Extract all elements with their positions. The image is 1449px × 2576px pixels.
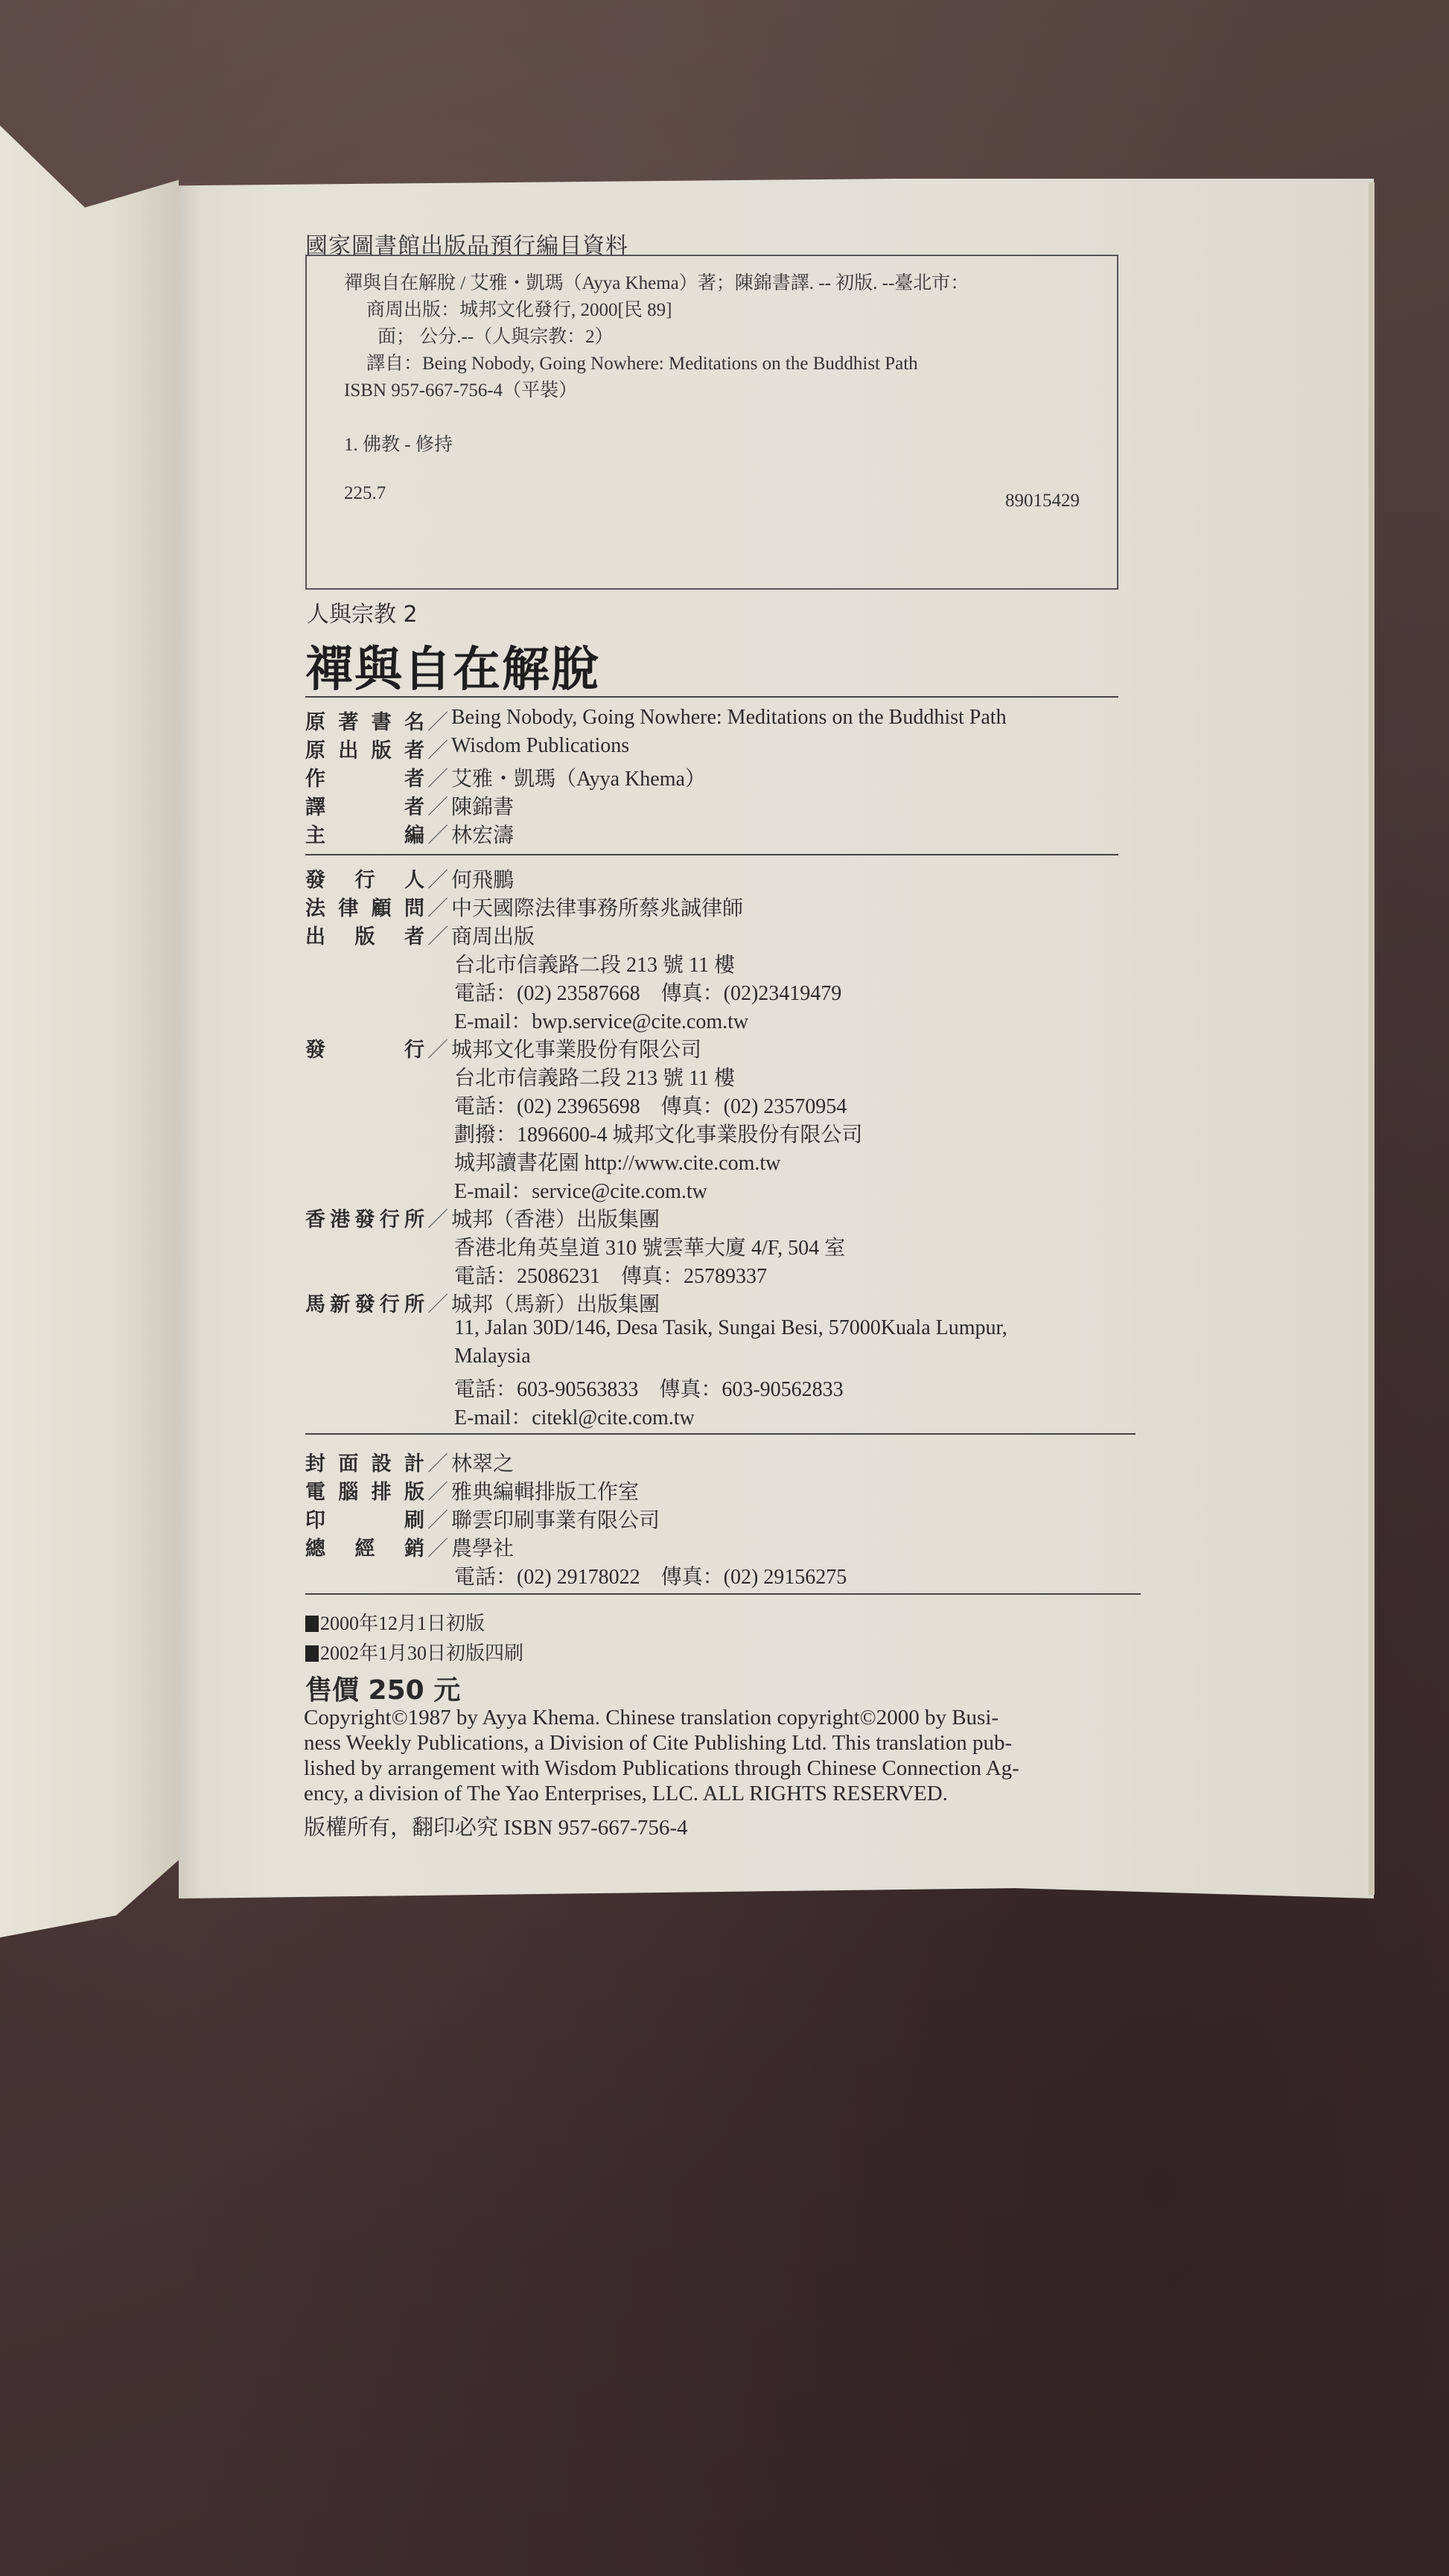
cip-line: 禪與自在解脫 / 艾雅・凱瑪（Ayya Khema）著；陳錦書譯. -- 初版.… bbox=[344, 268, 969, 295]
credit-translator: 譯者／陳錦書 bbox=[305, 791, 514, 820]
credit-value: 聯雲印刷事業有限公司 bbox=[451, 1504, 660, 1534]
credit-printing: 印刷／聯雲印刷事業有限公司 bbox=[305, 1504, 660, 1534]
hk-phone-fax: 電話：25086231 傳真：25789337 bbox=[454, 1260, 767, 1289]
credit-label: 發行人 bbox=[305, 864, 424, 893]
copyright-line: ness Weekly Publications, a Division of … bbox=[304, 1730, 1160, 1756]
separator: ／ bbox=[424, 791, 451, 820]
print-history-text: 2000年12月1日初版 bbox=[320, 1613, 485, 1634]
credit-label: 香港發行所 bbox=[305, 1203, 424, 1232]
credit-publisher: 出版者／商周出版 bbox=[305, 920, 535, 950]
credit-my-distributor: 馬新發行所／城邦（馬新）出版集團 bbox=[305, 1288, 660, 1318]
series-label: 人與宗教 2 bbox=[307, 596, 418, 628]
credit-legal-advisor: 法律顧問／中天國際法律事務所蔡兆誠律師 bbox=[305, 892, 743, 922]
credit-value: 商周出版 bbox=[451, 920, 535, 950]
distributor-phone-fax: 電話：(02) 23965698 傳真：(02) 23570954 bbox=[454, 1090, 847, 1120]
my-phone-fax: 電話：603-90563833 傳真：603-90562833 bbox=[454, 1373, 844, 1403]
credit-value: 艾雅・凱瑪（Ayya Khema） bbox=[451, 762, 706, 792]
black-square-icon bbox=[305, 1645, 319, 1662]
credit-label: 馬新發行所 bbox=[305, 1288, 424, 1317]
distributor-website[interactable]: 城邦讀書花園 http://www.cite.com.tw bbox=[454, 1147, 780, 1176]
separator: ／ bbox=[424, 1288, 451, 1318]
credit-label: 總經銷 bbox=[305, 1532, 424, 1561]
credit-value: 城邦文化事業股份有限公司 bbox=[451, 1033, 701, 1063]
my-address-line-1: 11, Jalan 30D/146, Desa Tasik, Sungai Be… bbox=[454, 1316, 1007, 1340]
general-distributor-phone-fax: 電話：(02) 29178022 傳真：(02) 29156275 bbox=[454, 1560, 847, 1590]
distributor-email[interactable]: E-mail：service@cite.com.tw bbox=[454, 1175, 707, 1205]
cip-catalog-number: 89015429 bbox=[1005, 491, 1080, 511]
credit-value: Wisdom Publications bbox=[451, 734, 629, 758]
my-email[interactable]: E-mail：citekl@cite.com.tw bbox=[454, 1401, 695, 1431]
copyright-line: lished by arrangement with Wisdom Public… bbox=[304, 1756, 1160, 1781]
distributor-transfer: 劃撥：1896600-4 城邦文化事業股份有限公司 bbox=[454, 1118, 862, 1148]
divider bbox=[305, 854, 1118, 855]
credit-original-title: 原著書名／Being Nobody, Going Nowhere: Medita… bbox=[305, 706, 1007, 736]
credit-value: 雅典編輯排版工作室 bbox=[451, 1476, 639, 1505]
cip-line: ISBN 957-667-756-4（平裝） bbox=[344, 375, 577, 402]
credit-label: 原著書名 bbox=[305, 706, 424, 735]
credit-label: 譯者 bbox=[305, 791, 424, 820]
page-edge bbox=[1369, 182, 1375, 1895]
cip-line: 譯自：Being Nobody, Going Nowhere: Meditati… bbox=[366, 348, 918, 375]
credit-value: 林翠之 bbox=[451, 1447, 514, 1477]
print-history-item: 2000年12月1日初版 bbox=[305, 1608, 485, 1636]
copyright-line: ency, a division of The Yao Enterprises,… bbox=[304, 1781, 1160, 1806]
credit-label: 封面設計 bbox=[305, 1447, 424, 1476]
credit-value: 農學社 bbox=[451, 1532, 514, 1562]
divider bbox=[305, 1593, 1141, 1595]
separator: ／ bbox=[424, 706, 451, 736]
credit-value: 何飛鵬 bbox=[451, 864, 514, 893]
credit-distributor: 發行／城邦文化事業股份有限公司 bbox=[305, 1033, 701, 1063]
cip-class-number: 225.7 bbox=[344, 483, 386, 504]
credit-author: 作者／艾雅・凱瑪（Ayya Khema） bbox=[305, 762, 706, 792]
separator: ／ bbox=[424, 1504, 451, 1534]
credit-value: 城邦（馬新）出版集團 bbox=[451, 1288, 660, 1318]
cip-line: 商周出版：城邦文化發行, 2000[民 89] bbox=[366, 295, 672, 322]
credit-label: 法律顧問 bbox=[305, 892, 424, 921]
separator: ／ bbox=[424, 1476, 451, 1505]
distributor-address: 台北市信義路二段 213 號 11 樓 bbox=[454, 1062, 735, 1091]
separator: ／ bbox=[424, 1447, 451, 1477]
credit-general-distributor: 總經銷／農學社 bbox=[305, 1532, 514, 1562]
credit-value: Being Nobody, Going Nowhere: Meditations… bbox=[451, 706, 1007, 730]
publisher-email[interactable]: E-mail：bwp.service@cite.com.tw bbox=[454, 1005, 748, 1035]
credit-value: 陳錦書 bbox=[451, 791, 514, 820]
credit-cover-design: 封面設計／林翠之 bbox=[305, 1447, 514, 1477]
credit-value: 城邦（香港）出版集團 bbox=[451, 1203, 660, 1233]
separator: ／ bbox=[424, 892, 451, 922]
cip-subject: 1. 佛教 - 修持 bbox=[344, 430, 453, 456]
black-square-icon bbox=[305, 1616, 319, 1632]
separator: ／ bbox=[424, 819, 451, 849]
credit-hk-distributor: 香港發行所／城邦（香港）出版集團 bbox=[305, 1203, 660, 1233]
credit-label: 印刷 bbox=[305, 1504, 424, 1533]
print-history-text: 2002年1月30日初版四刷 bbox=[320, 1642, 523, 1664]
credit-label: 主編 bbox=[305, 819, 424, 848]
publisher-phone-fax: 電話：(02) 23587668 傳真：(02)23419479 bbox=[454, 977, 841, 1007]
credit-typesetting: 電腦排版／雅典編輯排版工作室 bbox=[305, 1476, 639, 1505]
price: 售價 250 元 bbox=[305, 1669, 460, 1707]
credit-original-publisher: 原出版者／Wisdom Publications bbox=[305, 734, 629, 764]
divider bbox=[305, 696, 1118, 698]
separator: ／ bbox=[424, 734, 451, 764]
my-address-line-2: Malaysia bbox=[454, 1345, 531, 1368]
hk-address: 香港北角英皇道 310 號雲華大廈 4/F, 504 室 bbox=[454, 1231, 845, 1261]
credit-label: 作者 bbox=[305, 762, 424, 791]
credit-issuer: 發行人／何飛鵬 bbox=[305, 864, 514, 893]
credit-editor: 主編／林宏濤 bbox=[305, 819, 514, 849]
separator: ／ bbox=[424, 1532, 451, 1562]
cip-line: 面； 公分.--（人與宗教：2） bbox=[378, 322, 614, 348]
print-history-item: 2002年1月30日初版四刷 bbox=[305, 1638, 523, 1665]
credit-value: 中天國際法律事務所蔡兆誠律師 bbox=[451, 892, 743, 922]
book-title: 禪與自在解脫 bbox=[305, 631, 600, 700]
publisher-address: 台北市信義路二段 213 號 11 樓 bbox=[454, 949, 735, 978]
separator: ／ bbox=[424, 1203, 451, 1233]
credit-label: 原出版者 bbox=[305, 734, 424, 763]
credit-label: 電腦排版 bbox=[305, 1476, 424, 1505]
credit-label: 出版者 bbox=[305, 920, 424, 949]
divider bbox=[305, 1433, 1136, 1435]
rights-notice: 版權所有，翻印必究 ISBN 957-667-756-4 bbox=[304, 1811, 688, 1841]
copyright-line: Copyright©1987 by Ayya Khema. Chinese tr… bbox=[304, 1705, 1160, 1730]
separator: ／ bbox=[424, 920, 451, 950]
credit-value: 林宏濤 bbox=[451, 819, 514, 849]
separator: ／ bbox=[424, 1033, 451, 1063]
left-page bbox=[0, 97, 179, 1943]
cip-box: 禪與自在解脫 / 艾雅・凱瑪（Ayya Khema）著；陳錦書譯. -- 初版.… bbox=[305, 255, 1118, 590]
separator: ／ bbox=[424, 762, 451, 792]
separator: ／ bbox=[424, 864, 451, 893]
credit-label: 發行 bbox=[305, 1033, 424, 1062]
